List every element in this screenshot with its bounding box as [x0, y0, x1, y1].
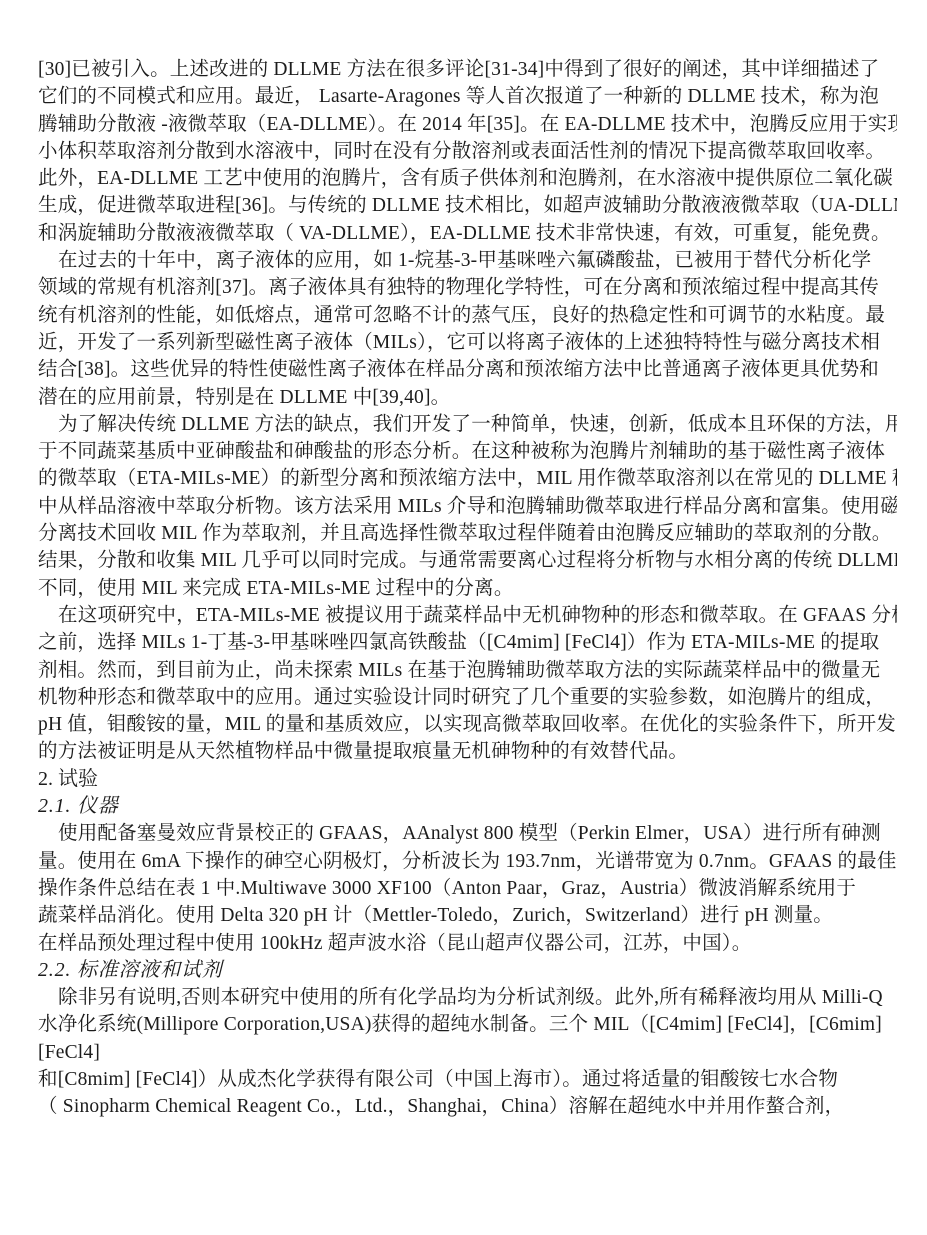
document-page: [30]已被引入。上述改进的 DLLME 方法在很多评论[31-34]中得到了很…	[0, 0, 927, 1235]
text-line: 水净化系统(Millipore Corporation,USA)获得的超纯水制备…	[38, 1011, 897, 1038]
text-line: 生成，促进微萃取进程[36]。与传统的 DLLME 技术相比，如超声波辅助分散液…	[38, 192, 897, 219]
text-line: 机物种形态和微萃取中的应用。通过实验设计同时研究了几个重要的实验参数，如泡腾片的…	[38, 684, 897, 711]
text-line: 近，开发了一系列新型磁性离子液体（MILs），它可以将离子液体的上述独特特性与磁…	[38, 329, 897, 356]
subsection-heading: 2.1. 仪器	[38, 793, 897, 820]
paragraph: 除非另有说明,否则本研究中使用的所有化学品均为分析试剂级。此外,所有稀释液均用从…	[38, 984, 897, 1120]
text-line: 此外，EA-DLLME 工艺中使用的泡腾片，含有质子供体剂和泡腾剂，在水溶液中提…	[38, 165, 897, 192]
text-line: 腾辅助分散液 -液微萃取（EA-DLLME）。在 2014 年[35]。在 EA…	[38, 111, 897, 138]
text-line: 结果，分散和收集 MIL 几乎可以同时完成。与通常需要离心过程将分析物与水相分离…	[38, 547, 897, 574]
text-line: 中从样品溶液中萃取分析物。该方法采用 MILs 介导和泡腾辅助微萃取进行样品分离…	[38, 493, 897, 520]
text-line: 除非另有说明,否则本研究中使用的所有化学品均为分析试剂级。此外,所有稀释液均用从…	[38, 984, 897, 1011]
paragraph: 在这项研究中，ETA-MILs-ME 被提议用于蔬菜样品中无机砷物种的形态和微萃…	[38, 602, 897, 766]
text-line: 领域的常规有机溶剂[37]。离子液体具有独特的物理化学特性，可在分离和预浓缩过程…	[38, 274, 897, 301]
text-line: 在过去的十年中，离子液体的应用，如 1-烷基-3-甲基咪唑六氟磷酸盐，已被用于替…	[38, 247, 897, 274]
text-line: [FeCl4]	[38, 1039, 897, 1066]
text-line: 于不同蔬菜基质中亚砷酸盐和砷酸盐的形态分析。在这种被称为泡腾片剂辅助的基于磁性离…	[38, 438, 897, 465]
text-line: 在样品预处理过程中使用 100kHz 超声波水浴（昆山超声仪器公司，江苏，中国）…	[38, 930, 897, 957]
text-line: 和涡旋辅助分散液液微萃取（ VA-DLLME），EA-DLLME 技术非常快速，…	[38, 220, 897, 247]
text-line: 为了解决传统 DLLME 方法的缺点，我们开发了一种简单，快速，创新，低成本且环…	[38, 411, 897, 438]
text-line: [30]已被引入。上述改进的 DLLME 方法在很多评论[31-34]中得到了很…	[38, 56, 897, 83]
text-line: 潜在的应用前景，特别是在 DLLME 中[39,40]。	[38, 384, 897, 411]
text-line: 使用配备塞曼效应背景校正的 GFAAS，AAnalyst 800 模型（Perk…	[38, 820, 897, 847]
text-line: （ Sinopharm Chemical Reagent Co.，Ltd.，Sh…	[38, 1093, 897, 1120]
text-line: 不同，使用 MIL 来完成 ETA-MILs-ME 过程中的分离。	[38, 575, 897, 602]
text-line: 它们的不同模式和应用。最近， Lasarte-Aragones 等人首次报道了一…	[38, 83, 897, 110]
subsection-heading: 2.2. 标准溶液和试剂	[38, 957, 897, 984]
text-line: 分离技术回收 MIL 作为萃取剂，并且高选择性微萃取过程伴随着由泡腾反应辅助的萃…	[38, 520, 897, 547]
text-line: 蔬菜样品消化。使用 Delta 320 pH 计（Mettler-Toledo，…	[38, 902, 897, 929]
text-line: 的微萃取（ETA-MILs-ME）的新型分离和预浓缩方法中，MIL 用作微萃取溶…	[38, 465, 897, 492]
text-line: 量。使用在 6mA 下操作的砷空心阴极灯，分析波长为 193.7nm，光谱带宽为…	[38, 848, 897, 875]
text-line: 小体积萃取溶剂分散到水溶液中，同时在没有分散溶剂或表面活性剂的情况下提高微萃取回…	[38, 138, 897, 165]
section-heading: 2. 试验	[38, 766, 897, 793]
paragraph: 使用配备塞曼效应背景校正的 GFAAS，AAnalyst 800 模型（Perk…	[38, 820, 897, 956]
text-line: 的方法被证明是从天然植物样品中微量提取痕量无机砷物种的有效替代品。	[38, 738, 897, 765]
paragraph: 在过去的十年中，离子液体的应用，如 1-烷基-3-甲基咪唑六氟磷酸盐，已被用于替…	[38, 247, 897, 411]
text-line: pH 值，钼酸铵的量，MIL 的量和基质效应，以实现高微萃取回收率。在优化的实验…	[38, 711, 897, 738]
text-line: 在这项研究中，ETA-MILs-ME 被提议用于蔬菜样品中无机砷物种的形态和微萃…	[38, 602, 897, 629]
text-line: 之前，选择 MILs 1-丁基-3-甲基咪唑四氯高铁酸盐（[C4mim] [Fe…	[38, 629, 897, 656]
paragraph: [30]已被引入。上述改进的 DLLME 方法在很多评论[31-34]中得到了很…	[38, 56, 897, 247]
paragraph: 为了解决传统 DLLME 方法的缺点，我们开发了一种简单，快速，创新，低成本且环…	[38, 411, 897, 602]
text-line: 和[C8mim] [FeCl4]）从成杰化学获得有限公司（中国上海市）。通过将适…	[38, 1066, 897, 1093]
text-line: 结合[38]。这些优异的特性使磁性离子液体在样品分离和预浓缩方法中比普通离子液体…	[38, 356, 897, 383]
text-line: 统有机溶剂的性能，如低熔点，通常可忽略不计的蒸气压，良好的热稳定性和可调节的水粘…	[38, 302, 897, 329]
text-line: 剂相。然而，到目前为止，尚未探索 MILs 在基于泡腾辅助微萃取方法的实际蔬菜样…	[38, 657, 897, 684]
text-line: 操作条件总结在表 1 中.Multiwave 3000 XF100（Anton …	[38, 875, 897, 902]
